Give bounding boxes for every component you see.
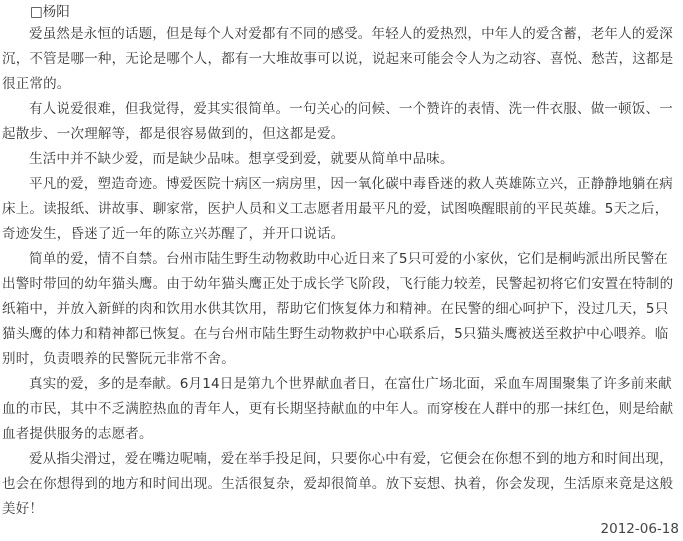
paragraph-4: 平凡的爱，塑造奇迹。博爱医院十病区一病房里，因一氧化碳中毒昏迷的救人英雄陈立兴，… bbox=[2, 172, 680, 247]
paragraph-7: 爱从指尖滑过，爱在嘴边呢喃，爱在举手投足间，只要你心中有爱，它便会在你想不到的地… bbox=[2, 447, 680, 522]
paragraph-2: 有人说爱很难，但我觉得，爱其实很简单。一句关心的问候、一个赞许的表情、洗一件衣服… bbox=[2, 97, 680, 147]
paragraph-6: 真实的爱，多的是奉献。6月14日是第九个世界献血者日，在富仕广场北面，采血车周围… bbox=[2, 372, 680, 447]
paragraph-3: 生活中并不缺少爱，而是缺少品味。想享受到爱，就要从简单中品味。 bbox=[2, 147, 680, 172]
paragraph-1: 爱虽然是永恒的话题，但是每个人对爱都有不同的感受。年轻人的爱热烈，中年人的爱含蓄… bbox=[2, 22, 680, 97]
publish-date: 2012-06-18 bbox=[601, 521, 679, 537]
author-byline: □杨阳 bbox=[2, 0, 680, 22]
paragraph-5: 简单的爱，情不自禁。台州市陆生野生动物救助中心近日来了5只可爱的小家伙，它们是桐… bbox=[2, 247, 680, 372]
article-body: □杨阳 爱虽然是永恒的话题，但是每个人对爱都有不同的感受。年轻人的爱热烈，中年人… bbox=[2, 0, 680, 522]
